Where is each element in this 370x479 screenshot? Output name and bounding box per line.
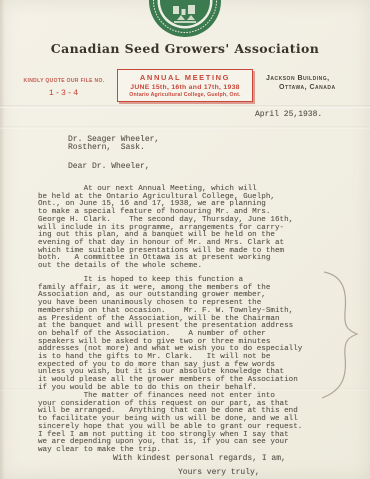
letterhead-address-line1: Jackson Building, xyxy=(266,75,336,82)
fold-crease xyxy=(0,105,370,108)
fold-crease xyxy=(0,126,370,129)
pencil-brace-annotation xyxy=(316,266,364,406)
annual-meeting-notice-box: ANNUAL MEETING JUNE 15th, 16th and 17th,… xyxy=(117,69,253,102)
letterhead-address: Jackson Building, Ottawa, Canada xyxy=(266,75,336,91)
file-number-label: KINDLY QUOTE OUR FILE NO. xyxy=(10,78,118,84)
letterhead-address-line2: Ottawa, Canada xyxy=(266,84,336,91)
meeting-title: ANNUAL MEETING xyxy=(121,73,249,82)
recipient-address: Dr. Seager Wheeler, Rosthern, Sask. xyxy=(68,136,159,153)
body-paragraph-3: The matter of finances need not enter in… xyxy=(38,393,302,455)
salutation: Dear Dr. Wheeler, xyxy=(68,162,150,171)
file-number-block: KINDLY QUOTE OUR FILE NO. 1-3-4 xyxy=(10,78,118,98)
file-number-value: 1-3-4 xyxy=(10,88,118,98)
scanned-letter-page: Canadian Seed Growers' Association KINDL… xyxy=(0,0,370,479)
body-paragraph-1: At our next Annual Meeting, which will b… xyxy=(38,186,293,271)
letter-date: April 25,1938. xyxy=(255,110,322,119)
meeting-location: Ontario Agricultural College, Guelph, On… xyxy=(121,92,249,98)
association-seal-icon xyxy=(147,0,223,45)
meeting-dates: JUNE 15th, 16th and 17th, 1938 xyxy=(121,84,249,91)
signoff-line: Yours very truly, xyxy=(178,468,260,477)
paper-edge-shading xyxy=(0,0,5,479)
body-paragraph-2: It is hoped to keep this function a fami… xyxy=(38,277,302,393)
organization-name: Canadian Seed Growers' Association xyxy=(0,41,370,56)
closing-line: With kindest personal regards, I am, xyxy=(113,454,286,463)
